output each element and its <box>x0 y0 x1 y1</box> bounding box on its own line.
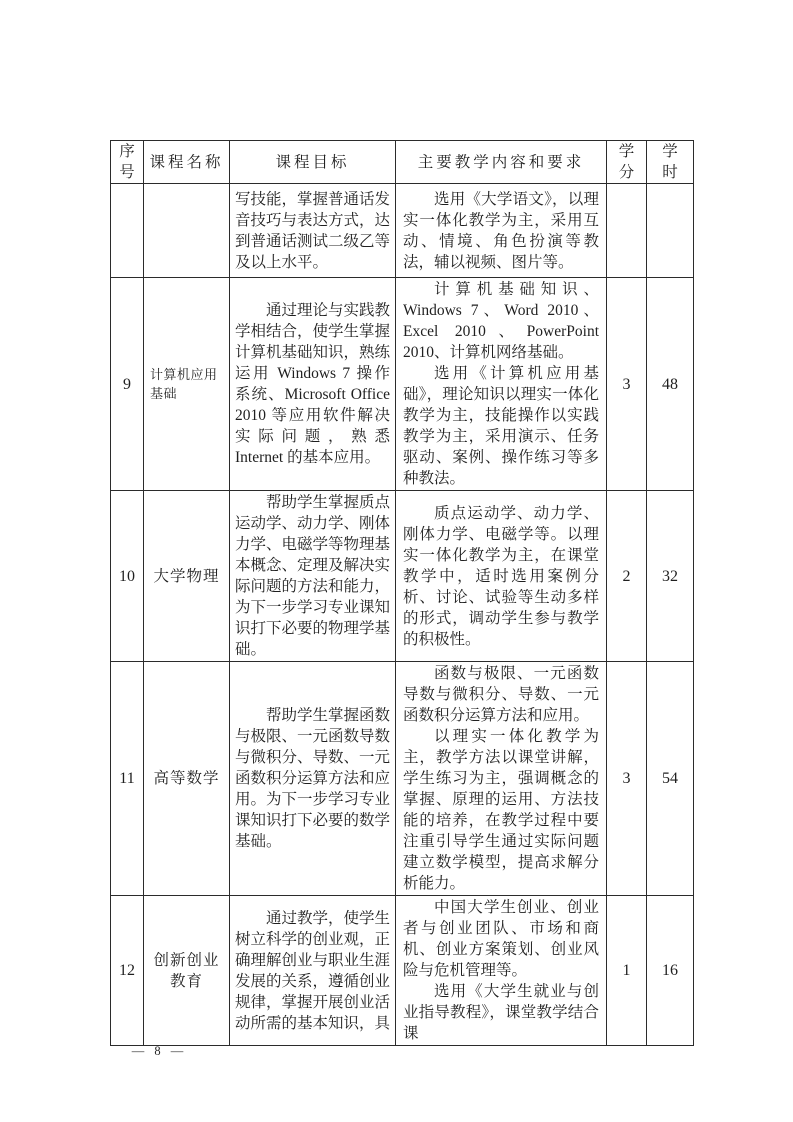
paragraph: 帮助学生掌握质点运动学、动力学、刚体力学、电磁学等物理基本概念、定理及解决实际问… <box>235 492 390 660</box>
cell-objectives: 通过理论与实践教学相结合，使学生掌握计算机基础知识，熟练运用 Windows 7… <box>230 278 396 491</box>
table-row: 9计算机应用基础通过理论与实践教学相结合，使学生掌握计算机基础知识，熟练运用 W… <box>111 278 694 491</box>
header-objectives: 课程目标 <box>230 141 396 184</box>
cell-content: 中国大学生创业、创业者与创业团队、市场和商机、创业方案策划、创业风险与危机管理等… <box>396 896 607 1046</box>
cell-hours: 16 <box>647 896 694 1046</box>
cell-objectives: 通过教学，使学生树立科学的创业观，正确理解创业与职业生涯发展的关系，遵循创业规律… <box>230 896 396 1046</box>
paragraph: 计算机基础知识、Windows 7、Word 2010、Excel 2010、P… <box>403 279 599 363</box>
cell-no <box>111 184 144 278</box>
cell-content: 选用《大学语文》，以理实一体化教学为主，采用互动、情境、角色扮演等教法，辅以视频… <box>396 184 607 278</box>
paragraph: 帮助学生掌握函数与极限、一元函数导数与微积分、导数、一元函数积分运算方法和应用。… <box>235 705 390 852</box>
header-no: 序号 <box>111 141 144 184</box>
cell-course-name: 创新创业教育 <box>144 896 230 1046</box>
cell-credits: 2 <box>607 491 647 662</box>
paragraph: 选用《大学生就业与创业指导教程》，课堂教学结合课 <box>403 981 599 1044</box>
cell-hours <box>647 184 694 278</box>
cell-objectives: 写技能，掌握普通话发音技巧与表达方式，达到普通话测试二级乙等及以上水平。 <box>230 184 396 278</box>
cell-content: 计算机基础知识、Windows 7、Word 2010、Excel 2010、P… <box>396 278 607 491</box>
cell-course-name: 计算机应用基础 <box>144 278 230 491</box>
paragraph: 选用《计算机应用基础》，理论知识以理实一体化教学为主，技能操作以实践教学为主，采… <box>403 363 599 489</box>
page-number: — 8 — <box>122 1044 194 1059</box>
table-body: 写技能，掌握普通话发音技巧与表达方式，达到普通话测试二级乙等及以上水平。选用《大… <box>111 184 694 1046</box>
cell-hours: 48 <box>647 278 694 491</box>
header-hours: 学时 <box>647 141 694 184</box>
paragraph: 质点运动学、动力学、刚体力学、电磁学等。以理实一体化教学为主，在课堂教学中，适时… <box>403 503 599 650</box>
header-content: 主要教学内容和要求 <box>396 141 607 184</box>
paragraph: 选用《大学语文》，以理实一体化教学为主，采用互动、情境、角色扮演等教法，辅以视频… <box>403 189 599 273</box>
table-row: 10大学物理帮助学生掌握质点运动学、动力学、刚体力学、电磁学等物理基本概念、定理… <box>111 491 694 662</box>
paragraph: 以理实一体化教学为主，教学方法以课堂讲解，学生练习为主，强调概念的掌握、原理的运… <box>403 726 599 894</box>
cell-course-name: 高等数学 <box>144 662 230 896</box>
cell-course-name: 大学物理 <box>144 491 230 662</box>
paragraph: 写技能，掌握普通话发音技巧与表达方式，达到普通话测试二级乙等及以上水平。 <box>235 189 390 273</box>
cell-credits: 3 <box>607 662 647 896</box>
cell-objectives: 帮助学生掌握质点运动学、动力学、刚体力学、电磁学等物理基本概念、定理及解决实际问… <box>230 491 396 662</box>
cell-content: 质点运动学、动力学、刚体力学、电磁学等。以理实一体化教学为主，在课堂教学中，适时… <box>396 491 607 662</box>
cell-content: 函数与极限、一元函数导数与微积分、导数、一元函数积分运算方法和应用。以理实一体化… <box>396 662 607 896</box>
cell-no: 10 <box>111 491 144 662</box>
cell-objectives: 帮助学生掌握函数与极限、一元函数导数与微积分、导数、一元函数积分运算方法和应用。… <box>230 662 396 896</box>
cell-credits: 3 <box>607 278 647 491</box>
header-row: 序号课程名称课程目标主要教学内容和要求学分学时 <box>111 141 694 184</box>
cell-hours: 54 <box>647 662 694 896</box>
paragraph: 函数与极限、一元函数导数与微积分、导数、一元函数积分运算方法和应用。 <box>403 663 599 726</box>
cell-no: 9 <box>111 278 144 491</box>
course-table: 序号课程名称课程目标主要教学内容和要求学分学时 写技能，掌握普通话发音技巧与表达… <box>110 140 694 1046</box>
cell-credits <box>607 184 647 278</box>
cell-hours: 32 <box>647 491 694 662</box>
cell-no: 11 <box>111 662 144 896</box>
table-row: 写技能，掌握普通话发音技巧与表达方式，达到普通话测试二级乙等及以上水平。选用《大… <box>111 184 694 278</box>
paragraph: 通过理论与实践教学相结合，使学生掌握计算机基础知识，熟练运用 Windows 7… <box>235 300 390 468</box>
header-credits: 学分 <box>607 141 647 184</box>
table-row: 12创新创业教育通过教学，使学生树立科学的创业观，正确理解创业与职业生涯发展的关… <box>111 896 694 1046</box>
document-page: 序号课程名称课程目标主要教学内容和要求学分学时 写技能，掌握普通话发音技巧与表达… <box>0 0 793 1122</box>
table-row: 11高等数学帮助学生掌握函数与极限、一元函数导数与微积分、导数、一元函数积分运算… <box>111 662 694 896</box>
paragraph: 通过教学，使学生树立科学的创业观，正确理解创业与职业生涯发展的关系，遵循创业规律… <box>235 908 390 1034</box>
cell-course-name <box>144 184 230 278</box>
paragraph: 中国大学生创业、创业者与创业团队、市场和商机、创业方案策划、创业风险与危机管理等… <box>403 897 599 981</box>
cell-credits: 1 <box>607 896 647 1046</box>
cell-no: 12 <box>111 896 144 1046</box>
header-course-name: 课程名称 <box>144 141 230 184</box>
